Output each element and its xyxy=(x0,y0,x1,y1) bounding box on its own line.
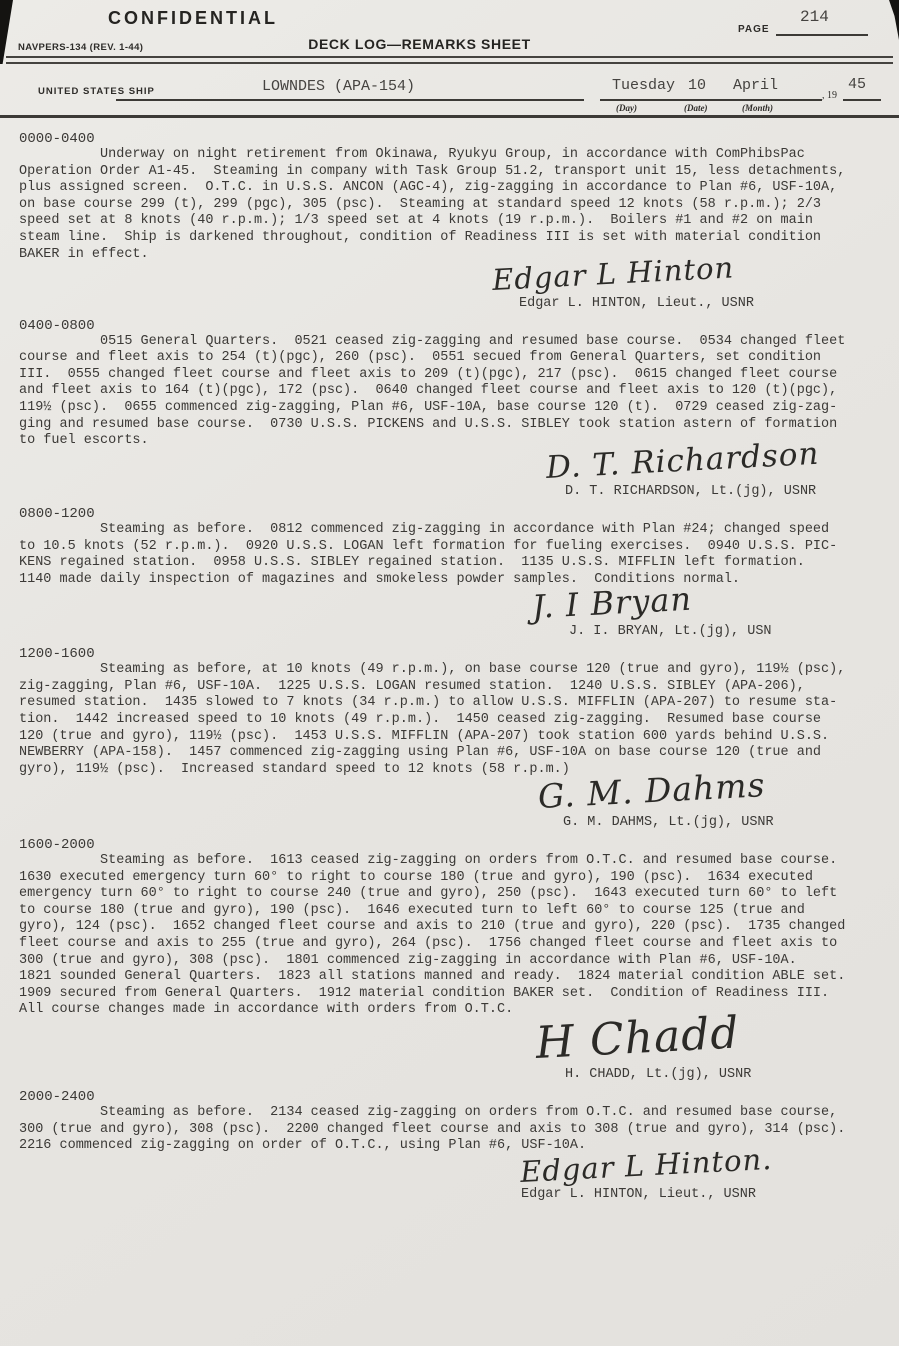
section-time-range: 0400-0800 xyxy=(19,318,880,334)
date-day-value: Tuesday xyxy=(612,77,675,94)
double-rule xyxy=(6,56,893,64)
date-month-value: April xyxy=(733,77,778,94)
document-title: DECK LOG—REMARKS SHEET xyxy=(0,36,839,52)
section-time-range: 0800-1200 xyxy=(19,506,880,522)
signature-block: J. I Bryan J. I. BRYAN, Lt.(jg), USN xyxy=(507,591,880,640)
signature-block: D. T. Richardson D. T. RICHARDSON, Lt.(j… xyxy=(507,452,880,500)
signature-typed: G. M. DAHMS, Lt.(jg), USNR xyxy=(563,815,880,830)
date-line xyxy=(600,99,822,101)
log-section-0400-0800: 0400-0800 0515 General Quarters. 0521 ce… xyxy=(19,318,880,500)
log-section-1600-2000: 1600-2000 Steaming as before. 1613 cease… xyxy=(19,837,880,1082)
heavy-rule xyxy=(0,115,899,118)
log-section-0800-1200: 0800-1200 Steaming as before. 0812 comme… xyxy=(19,506,880,639)
ship-name: LOWNDES (APA-154) xyxy=(262,78,415,95)
date-year-value: 45 xyxy=(848,76,866,93)
date-field-label: (Date) xyxy=(684,103,708,113)
signature-typed: D. T. RICHARDSON, Lt.(jg), USNR xyxy=(565,484,880,499)
log-section-2000-2400: 2000-2400 Steaming as before. 2134 cease… xyxy=(19,1089,880,1202)
ship-name-line xyxy=(116,99,584,101)
section-time-range: 0000-0400 xyxy=(19,131,880,147)
section-body: 0515 General Quarters. 0521 ceased zig-z… xyxy=(19,334,880,450)
section-time-range: 2000-2400 xyxy=(19,1089,880,1105)
log-section-0000-0400: 0000-0400 Underway on night retirement f… xyxy=(19,131,880,311)
classification-stamp: CONFIDENTIAL xyxy=(108,8,278,29)
year-line xyxy=(843,99,881,101)
signature-typed: Edgar L. HINTON, Lieut., USNR xyxy=(521,1187,880,1202)
signature-typed: H. CHADD, Lt.(jg), USNR xyxy=(565,1067,880,1082)
signature-block: H Chadd H. CHADD, Lt.(jg), USNR xyxy=(507,1021,880,1082)
section-body: Underway on night retirement from Okinaw… xyxy=(19,147,880,263)
deck-log-page: CONFIDENTIAL PAGE 214 NAVPERS-134 (REV. … xyxy=(0,0,899,1346)
page-number: 214 xyxy=(800,8,829,26)
signature-typed: Edgar L. HINTON, Lieut., USNR xyxy=(519,296,880,311)
year-prefix: , 19 xyxy=(822,90,837,101)
signature-typed: J. I. BRYAN, Lt.(jg), USN xyxy=(569,624,880,639)
date-date-value: 10 xyxy=(688,77,706,94)
signature-block: Edgar L Hinton. Edgar L. HINTON, Lieut.,… xyxy=(507,1157,880,1202)
day-field-label: (Day) xyxy=(616,103,637,113)
form-header: CONFIDENTIAL PAGE 214 NAVPERS-134 (REV. … xyxy=(0,0,899,120)
section-body: Steaming as before, at 10 knots (49 r.p.… xyxy=(19,662,880,778)
page-label: PAGE xyxy=(738,24,770,35)
month-field-label: (Month) xyxy=(742,103,773,113)
log-section-1200-1600: 1200-1600 Steaming as before, at 10 knot… xyxy=(19,646,880,830)
ship-label: UNITED STATES SHIP xyxy=(38,86,155,97)
section-time-range: 1600-2000 xyxy=(19,837,880,853)
section-time-range: 1200-1600 xyxy=(19,646,880,662)
remarks-log: 0000-0400 Underway on night retirement f… xyxy=(0,120,899,1202)
signature-block: G. M. Dahms G. M. DAHMS, Lt.(jg), USNR xyxy=(507,780,880,830)
signature-block: Edgar L Hinton Edgar L. HINTON, Lieut., … xyxy=(507,265,880,310)
section-body: Steaming as before. 1613 ceased zig-zagg… xyxy=(19,853,880,1019)
